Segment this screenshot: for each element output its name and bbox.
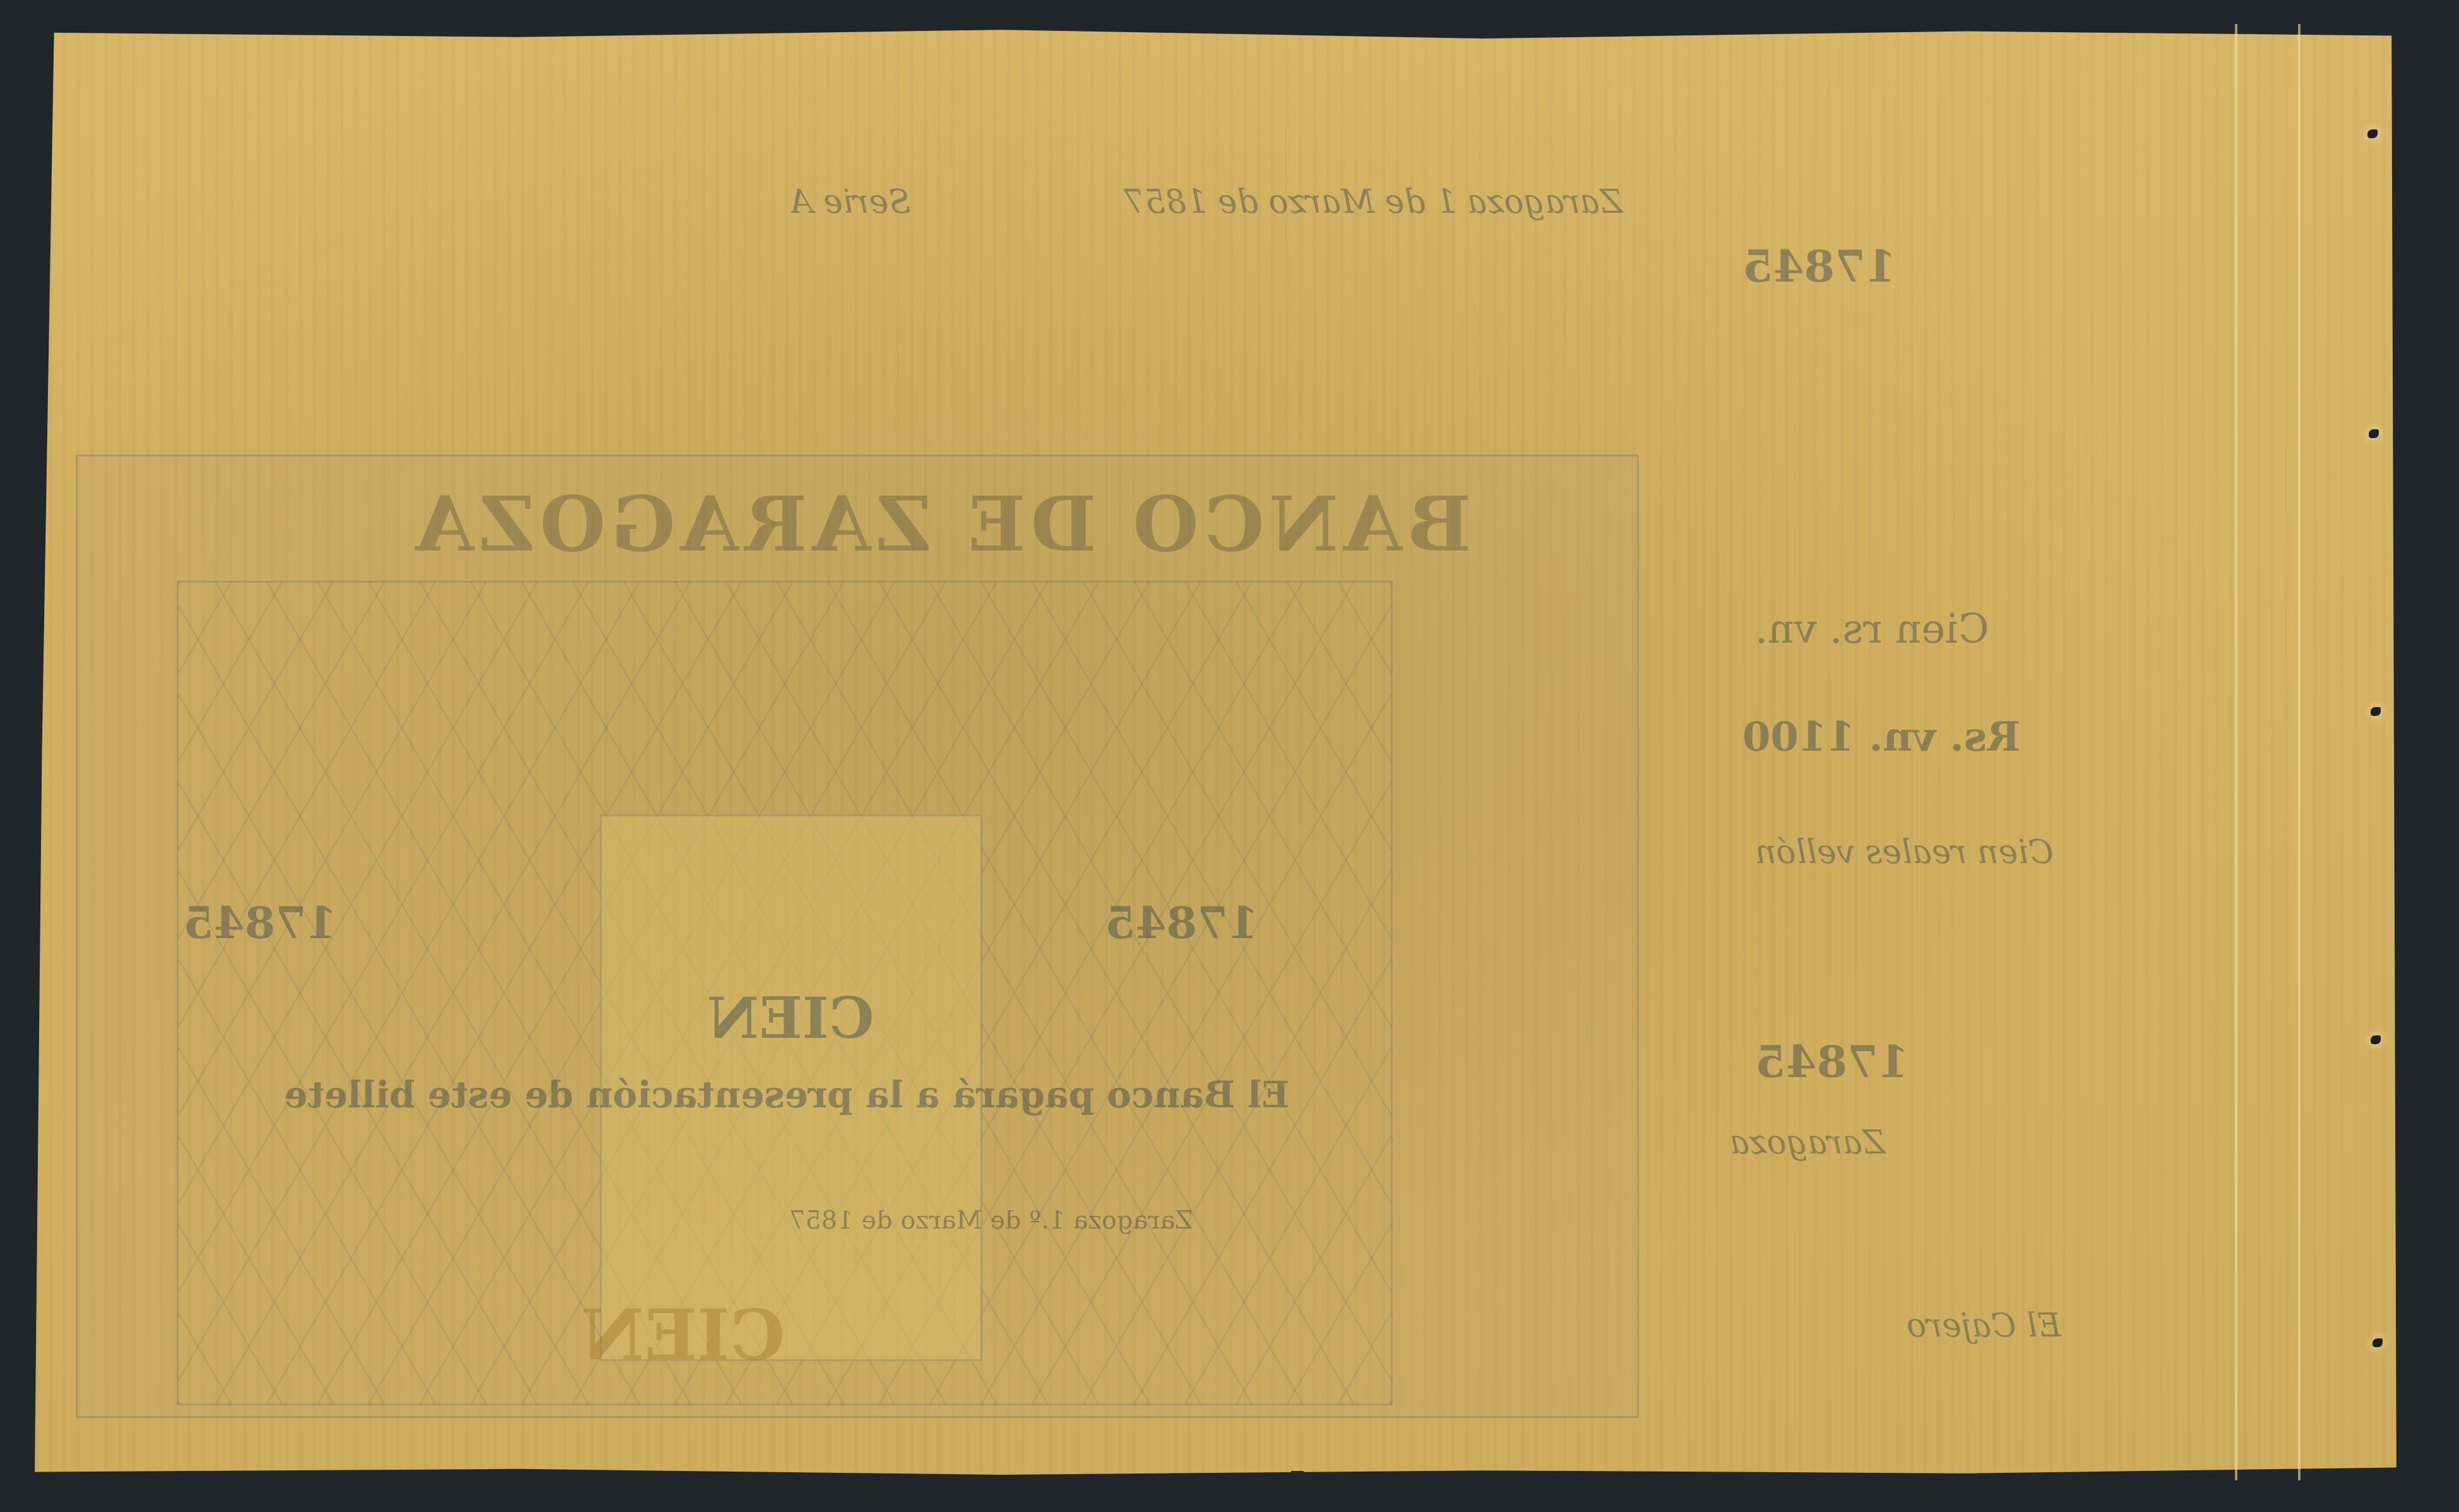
serial-top-stub: 17845	[1742, 240, 1896, 292]
perforation-hole	[2371, 707, 2381, 716]
stub-handwriting-3: El Cajero	[1907, 1307, 2061, 1345]
stub-amount: Rs. vn. 1100	[1742, 713, 2020, 761]
bank-title: BANCO DE ZARAGOZA	[410, 480, 1472, 569]
serial-bottom-stub: 17845	[1755, 1035, 1909, 1088]
bottom-tear	[1291, 1471, 1304, 1512]
perforation-hole	[2373, 1338, 2383, 1347]
promise-line: El Banco pagará a la presentación de est…	[284, 1073, 1289, 1116]
handwriting-top: Zaragoza 1 de Marzo de 1857	[1124, 183, 1622, 221]
place-date: Zaragoza 1.º de Marzo de 1857	[789, 1206, 1193, 1235]
stub-edge-line	[2298, 24, 2301, 1480]
serial-right: 17845	[1105, 896, 1259, 949]
denomination-word: CIEN	[707, 985, 874, 1052]
stub-label: Cien rs. vn.	[1755, 606, 1989, 653]
handwriting-series: Serie A	[789, 183, 911, 221]
perforation-hole	[2369, 429, 2379, 438]
perforation-hole	[2367, 129, 2378, 138]
stub-fold-line	[2235, 24, 2237, 1480]
serial-left: 17845	[183, 896, 337, 949]
stub-handwriting-1: Cien reales vellón	[1755, 833, 2054, 871]
stub-handwriting-2: Zaragoza	[1730, 1124, 1885, 1162]
footer-denomination: CIEN	[581, 1294, 785, 1376]
perforation-hole	[2371, 1035, 2381, 1044]
